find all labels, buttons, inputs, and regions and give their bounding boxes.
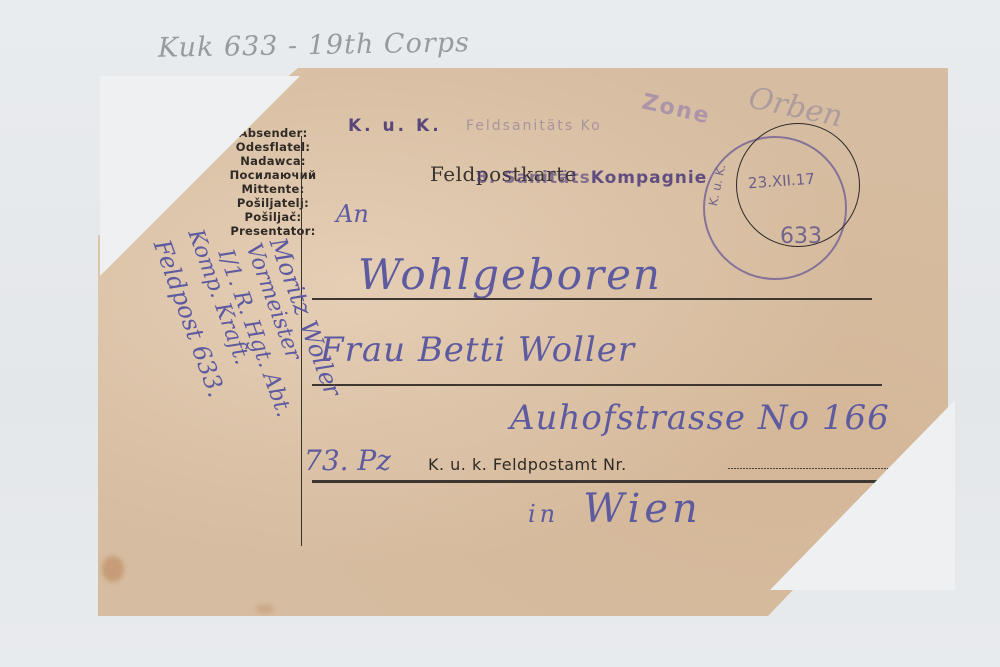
city-name: Wien <box>583 486 702 532</box>
album-pencil-note: Kuk 633 - 19th Corps <box>158 27 470 63</box>
city: inWien <box>528 486 702 532</box>
sender-label: Посилаючий <box>178 168 368 182</box>
company-stamp: 8. SanitätsKompagnie <box>476 168 707 188</box>
feldpostamt-label: K. u. k. Feldpostamt Nr. <box>428 455 627 474</box>
unit-stamp-faint: Feldsanitäts Ko <box>466 118 602 134</box>
sender-label: Mittente: <box>178 182 368 196</box>
address-dotted-line <box>728 468 888 469</box>
address-line <box>312 384 882 386</box>
address-line <box>312 298 872 300</box>
unit-stamp: K. u. K. <box>348 116 442 136</box>
recipient-name: Frau Betti Woller <box>320 330 635 370</box>
city-prefix: in <box>528 500 559 528</box>
company-stamp-text: Kompagnie <box>591 168 708 188</box>
stain <box>256 604 274 614</box>
unit-note: 73. Pz <box>304 444 391 477</box>
salutation: An <box>336 200 369 228</box>
stain <box>102 556 124 582</box>
sender-handwriting: Moritz Woller Vormeister I/1. R. Hgt. Ab… <box>118 238 298 548</box>
address-line <box>312 480 892 483</box>
honorific: Wohlgeboren <box>358 250 662 299</box>
street-address: Auhofstrasse No 166 <box>510 398 890 438</box>
postmark-number: 633 <box>780 224 822 249</box>
